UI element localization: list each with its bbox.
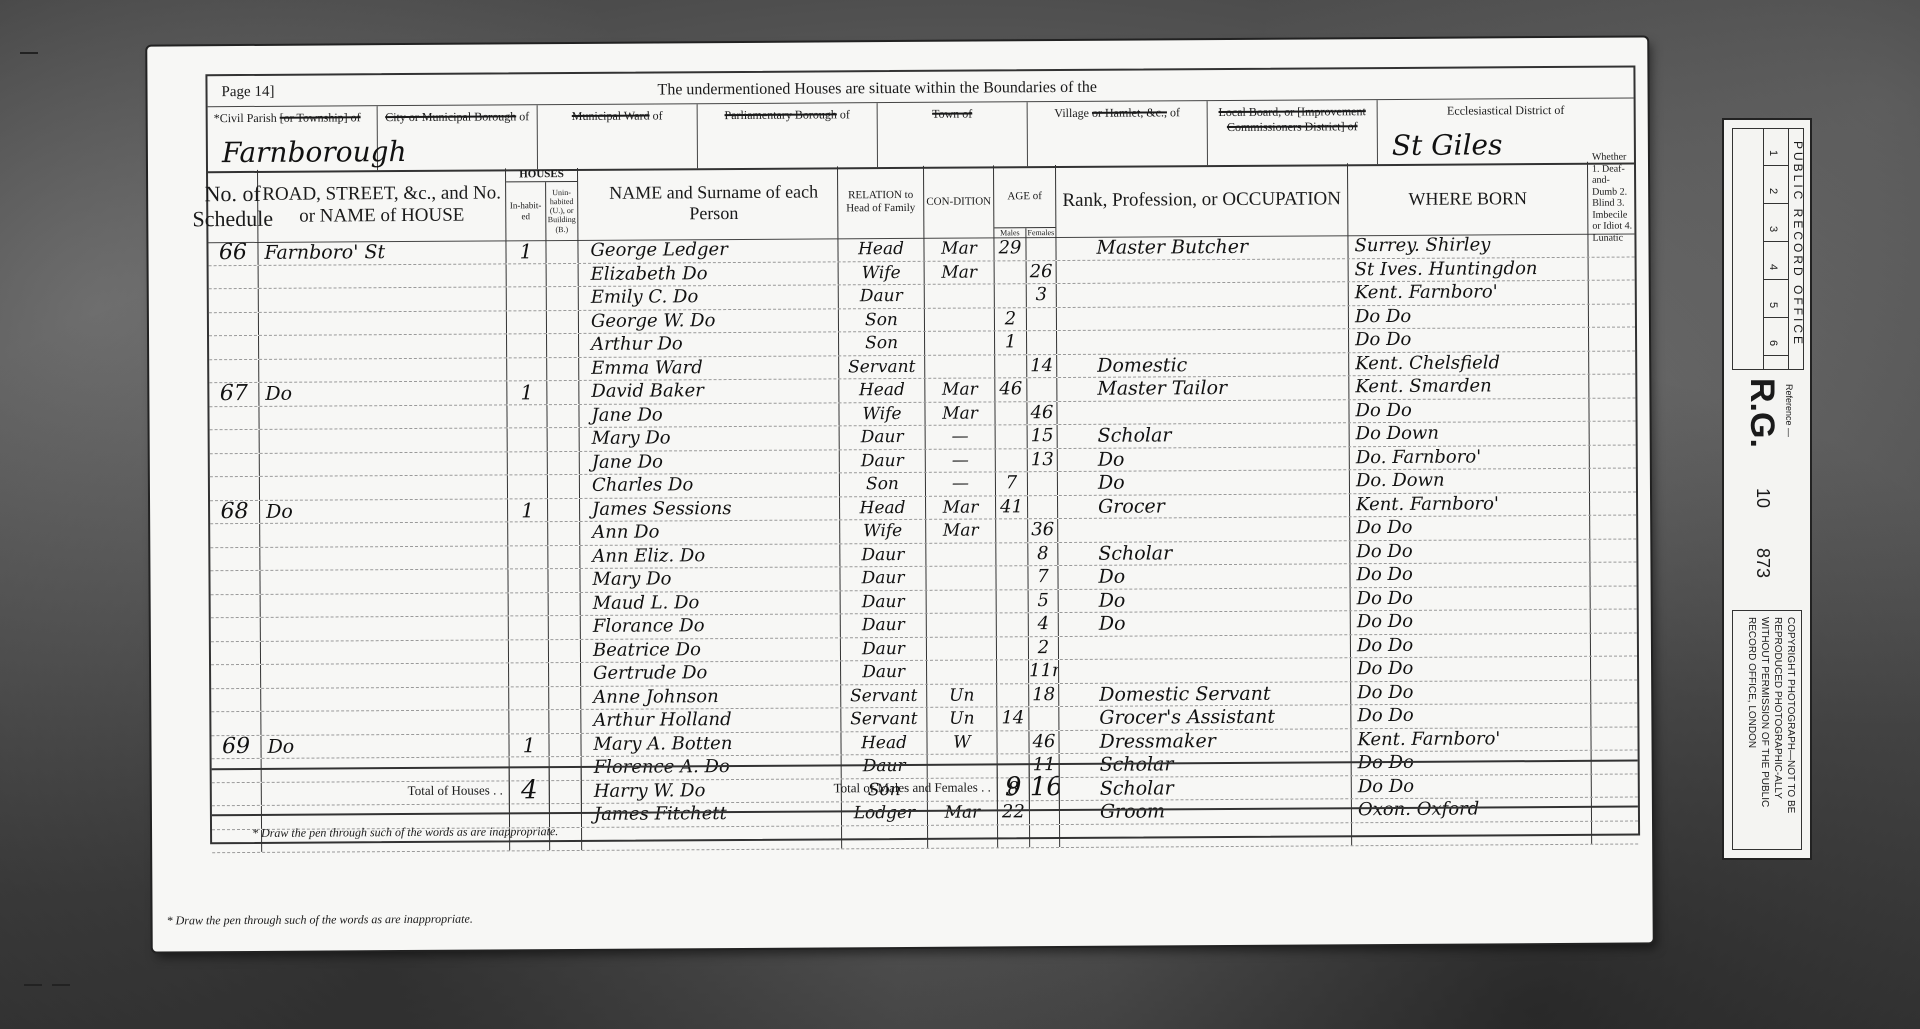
infirmity [1590,516,1636,539]
boundaries-title: The undermentioned Houses are situate wi… [657,79,1097,100]
ruler-number: 3 [1767,226,1779,232]
infirmity [1589,257,1635,280]
schedule-number [210,477,260,500]
occupation: Grocer [1058,494,1350,518]
houses-inhabited [507,358,547,381]
male-age [997,613,1029,636]
occupation: Domestic [1057,353,1349,377]
relation-to-head: Daur [840,449,926,472]
person-name: Beatrice Do [581,638,841,662]
houses-inhabited: 1 [508,499,548,522]
relation-to-head: Head [838,238,924,261]
houses-inhabited [509,593,549,616]
person-name: Jane Do [579,403,839,427]
infirmity [1590,492,1636,515]
occupation: Do [1058,564,1350,588]
relation-to-head: Daur [841,614,927,637]
male-age: 14 [997,707,1029,730]
person-name: David Baker [579,379,839,403]
infirmity [1591,610,1637,633]
person-name: Elizabeth Do [579,262,839,286]
schedule-number [211,641,261,664]
schedule-number [210,453,260,476]
schedule-number [211,594,261,617]
occupation [1059,658,1351,682]
district-field: Parliamentary Borough of [698,103,878,168]
total-persons-label: Total of Males and Females . . [582,765,998,812]
where-born: Kent. Farnboro' [1351,727,1591,751]
person-name: James Sessions [580,497,840,521]
female-age: 15 [1028,425,1058,448]
infirmity [1590,469,1636,492]
houses-uninhabited [546,240,578,263]
infirmity [1591,680,1637,703]
infirmity [1590,445,1636,468]
infirmity [1589,398,1635,421]
road-address [259,264,507,288]
district-field: Municipal Ward of [538,104,698,169]
marital-condition: Mar [925,402,995,425]
houses-uninhabited [549,663,581,686]
where-born: Surrey. Shirley [1348,234,1588,258]
occupation: Dressmaker [1059,729,1351,753]
road-address [260,522,508,546]
total-females: 16 [1030,765,1060,809]
where-born: Do Do [1350,563,1590,587]
occupation [1059,635,1351,659]
census-sheet: Page 14] The undermentioned Houses are s… [147,37,1653,951]
road-address [259,311,507,335]
male-age [995,402,1027,425]
houses-inhabited [507,405,547,428]
ruler-tick [1764,355,1788,356]
infirmity [1590,539,1636,562]
houses-inhabited [507,334,547,357]
houses-inhabited [509,710,549,733]
infirmity [1591,704,1637,727]
col-condition: CON-DITION [924,165,994,237]
marital-condition [925,355,995,378]
marital-condition [926,543,996,566]
houses-uninhabited [549,733,581,756]
occupation: Do [1059,588,1351,612]
ruler-number: 1 [1767,150,1779,156]
occupation: Do [1058,470,1350,494]
houses-uninhabited [548,475,580,498]
occupation [1057,329,1349,353]
ruler-tick [1764,203,1788,204]
district-field-label: City or Municipal Borough of [384,109,531,125]
male-age: 2 [995,308,1027,331]
schedule-number [209,289,259,312]
ruler-tick [1764,317,1788,318]
male-age [996,425,1028,448]
district-field: Village or Hamlet, &c., of [1028,101,1208,166]
female-age: 8 [1028,543,1058,566]
houses-inhabited: 1 [507,381,547,404]
marital-condition: — [926,449,996,472]
edge-mark [52,984,70,986]
person-name: Mary A. Botten [581,732,841,756]
ruler-number: 4 [1767,264,1779,270]
district-field-value: St Giles [1392,128,1503,162]
col-houses-label: HOUSES [506,168,577,182]
total-uninhabited [550,768,582,812]
male-age: 29 [994,237,1026,260]
census-form: Page 14] The undermentioned Houses are s… [205,65,1640,844]
female-age [1027,308,1057,331]
houses-inhabited [507,311,547,334]
relation-to-head: Head [839,379,925,402]
marital-condition [927,637,997,660]
relation-to-head: Son [839,332,925,355]
total-males: 9 [998,765,1030,809]
road-address [259,358,507,382]
road-address [261,616,509,640]
male-age [995,355,1027,378]
occupation: Scholar [1058,423,1350,447]
edge-mark [20,52,38,54]
relation-to-head: Wife [839,402,925,425]
infirmity [1591,727,1637,750]
schedule-number [210,524,260,547]
female-age [1028,472,1058,495]
district-field: Local Board, or [Improvement Commissione… [1208,100,1378,165]
female-age: 4 [1029,613,1059,636]
reference-label: Reference — [1784,384,1794,437]
male-age: 7 [996,472,1028,495]
person-name: Emily C. Do [579,285,839,309]
relation-to-head [842,825,928,848]
relation-to-head: Servant [839,355,925,378]
relation-to-head: Daur [840,426,926,449]
male-age [996,543,1028,566]
schedule-number [211,712,261,735]
where-born: Do Do [1351,586,1591,610]
road-address [261,710,509,734]
schedule-number: 68 [210,500,260,523]
occupation [1057,259,1349,283]
infirmity [1591,657,1637,680]
houses-inhabited: 1 [506,240,546,263]
houses-inhabited [508,522,548,545]
houses-inhabited: 1 [509,734,549,757]
person-name: Arthur Holland [581,708,841,732]
marital-condition: W [927,731,997,754]
where-born: Kent. Smarden [1349,375,1589,399]
houses-uninhabited [547,381,579,404]
marital-condition: Mar [924,237,994,260]
where-born: Do Do [1349,398,1589,422]
road-address [260,569,508,593]
road-address [260,452,508,476]
district-field-label: *Civil Parish [or Township] of [214,110,371,126]
person-name: Gertrude Do [581,661,841,685]
total-houses-label: Total of Houses . . [212,768,510,814]
person-name: George W. Do [579,309,839,333]
reference-block: R.G. Reference — 10 873 [1732,378,1802,608]
female-age: 5 [1029,590,1059,613]
road-address [261,593,509,617]
marital-condition [927,660,997,683]
female-age: 26 [1027,261,1057,284]
schedule-number [209,359,259,382]
road-address [260,428,508,452]
schedule-number: 69 [211,735,261,758]
total-blank [1060,761,1638,809]
col-road: ROAD, STREET, &c., and No. or NAME of HO… [258,168,506,242]
footnote-inner: * Draw the pen through such of the words… [252,824,558,841]
infirmity [1589,281,1635,304]
male-age [996,449,1028,472]
occupation: Domestic Servant [1059,682,1351,706]
male-age: 1 [995,331,1027,354]
houses-inhabited [508,569,548,592]
col-occupation: Rank, Profession, or OCCUPATION [1056,163,1348,237]
houses-inhabited [509,687,549,710]
where-born: Do Do [1351,610,1591,634]
relation-to-head: Daur [841,637,927,660]
marital-condition: Mar [925,261,995,284]
road-address: Do [259,381,507,405]
where-born: Do Do [1350,516,1590,540]
relation-to-head: Daur [839,285,925,308]
female-age: 18 [1029,684,1059,707]
schedule-number [211,665,261,688]
female-age: 36 [1028,519,1058,542]
houses-inhabited [507,264,547,287]
ruler-numbers: 123456 [1763,129,1789,369]
schedule-number: 66 [208,242,258,265]
road-address [259,287,507,311]
relation-to-head: Son [840,473,926,496]
edge-mark [24,984,42,986]
schedule-number: 67 [209,383,259,406]
occupation [1058,517,1350,541]
road-address [261,663,509,687]
col-schedule: No. of Schedule [208,170,258,242]
houses-inhabited [508,475,548,498]
male-age [998,825,1030,848]
occupation: Grocer's Assistant [1059,705,1351,729]
male-age [997,684,1029,707]
marital-condition: Mar [926,519,996,542]
where-born: Do. Farnboro' [1350,445,1590,469]
schedule-number [209,265,259,288]
marital-condition: — [926,472,996,495]
male-age: 41 [996,496,1028,519]
person-name: Mary Do [580,567,840,591]
houses-uninhabited [548,522,580,545]
public-record-office-strip: 123456 PUBLIC RECORD OFFICE R.G. Referen… [1722,118,1812,860]
relation-to-head: Wife [839,261,925,284]
district-field-label: Town of [884,106,1021,122]
marital-condition: — [926,425,996,448]
ruler-tick [1764,279,1788,280]
male-age [995,284,1027,307]
where-born: Do. Down [1350,469,1590,493]
houses-uninhabited [547,287,579,310]
houses-uninhabited [547,404,579,427]
infirmity [1589,375,1635,398]
where-born [1352,821,1592,845]
road-address: Farnboro' St [258,240,506,264]
relation-to-head: Servant [841,684,927,707]
person-name: Jane Do [580,450,840,474]
road-address [260,475,508,499]
female-age [1028,496,1058,519]
road-address [260,546,508,570]
infirmity [1589,304,1635,327]
houses-uninhabited [547,334,579,357]
col-males: Males [994,228,1026,237]
occupation: Do [1059,611,1351,635]
marital-condition [925,308,995,331]
female-age: 46 [1027,402,1057,425]
footnote-outer: * Draw the pen through such of the words… [167,912,473,929]
relation-to-head: Head [840,496,926,519]
houses-inhabited [508,452,548,475]
marital-condition: Mar [926,496,996,519]
schedule-number [209,406,259,429]
col-females: Females [1026,228,1055,237]
houses-uninhabited [547,263,579,286]
pro-title: PUBLIC RECORD OFFICE [1791,141,1805,347]
col-houses: HOUSES In-habit-ed Unin-habited (U.), or… [506,168,578,240]
where-born: Do Do [1349,328,1589,352]
houses-uninhabited [548,569,580,592]
page-label: Page 14] [221,84,274,101]
pro-ruler: 123456 PUBLIC RECORD OFFICE [1732,128,1804,370]
district-field-label: Village or Hamlet, &c., of [1034,105,1201,121]
person-name: Arthur Do [579,332,839,356]
male-age: 46 [995,378,1027,401]
where-born: Kent. Farnboro' [1349,281,1589,305]
female-age [1027,331,1057,354]
road-address [259,405,507,429]
female-age: 3 [1027,284,1057,307]
totals-row: Total of Houses . . 4 Total of Males and… [212,759,1638,816]
houses-inhabited [507,287,547,310]
where-born: Do Down [1350,422,1590,446]
person-name: Emma Ward [579,356,839,380]
marital-condition: Un [927,707,997,730]
person-name: Anne Johnson [581,685,841,709]
houses-uninhabited [549,616,581,639]
ruler-number: 5 [1767,302,1779,308]
houses-uninhabited [547,310,579,333]
houses-uninhabited [549,639,581,662]
person-name: Mary Do [580,426,840,450]
male-age [997,731,1029,754]
male-age [995,261,1027,284]
marital-condition [925,331,995,354]
houses-uninhabited [548,451,580,474]
marital-condition: Mar [925,378,995,401]
person-name: George Ledger [578,238,838,262]
relation-to-head: Wife [840,520,926,543]
houses-inhabited [508,546,548,569]
series-code: R.G. [1742,378,1781,448]
col-uninhabited: Unin-habited (U.), or Building (B.) [546,182,577,241]
schedule-number [209,336,259,359]
ruler-tick [1764,165,1788,166]
infirmity [1591,586,1637,609]
houses-uninhabited [548,498,580,521]
houses-inhabited [508,428,548,451]
female-age [1030,825,1060,848]
houses-uninhabited [549,592,581,615]
occupation [1057,282,1349,306]
copyright-notice: COPYRIGHT PHOTOGRAPH—NOT TO BE REPRODUCE… [1732,610,1802,850]
relation-to-head: Daur [840,567,926,590]
male-age [997,637,1029,660]
road-address [261,687,509,711]
female-age: 11m [1029,660,1059,683]
male-age [997,660,1029,683]
infirmity [1590,563,1636,586]
male-age [996,566,1028,589]
infirmity [1588,234,1634,257]
district-field-label: Local Board, or [Improvement Commissione… [1214,104,1371,135]
occupation: Scholar [1058,541,1350,565]
schedule-number [209,312,259,335]
marital-condition [928,825,998,848]
where-born: Kent. Chelsfield [1349,351,1589,375]
occupation [1057,400,1349,424]
district-field: *Civil Parish [or Township] ofFarnboroug… [208,106,378,171]
relation-to-head: Son [839,308,925,331]
houses-uninhabited [548,545,580,568]
infirmity [1591,633,1637,656]
houses-uninhabited [547,357,579,380]
person-name: Charles Do [580,473,840,497]
road-address [259,334,507,358]
infirmity [1589,328,1635,351]
marital-condition [927,590,997,613]
houses-uninhabited [549,686,581,709]
ruler-tick [1764,241,1788,242]
col-name: NAME and Surname of each Person [578,166,838,240]
ruler-number: 6 [1767,340,1779,346]
where-born: Do Do [1349,304,1589,328]
relation-to-head: Daur [841,661,927,684]
ruler-number: 2 [1767,188,1779,194]
person-name: Ann Do [580,520,840,544]
houses-inhabited [509,616,549,639]
female-age: 46 [1029,731,1059,754]
district-field-label: Municipal Ward of [544,108,691,124]
person-name: Florance Do [581,614,841,638]
female-age: 13 [1028,449,1058,472]
district-field: City or Municipal Borough of [378,105,538,170]
col-age: AGE of Males Females [994,165,1056,237]
person-name: Maud L. Do [581,591,841,615]
female-age: 7 [1028,566,1058,589]
road-address: Do [261,734,509,758]
relation-to-head: Daur [841,590,927,613]
relation-to-head: Head [841,731,927,754]
houses-uninhabited [549,710,581,733]
district-field: Town of [878,102,1028,167]
houses-inhabited [509,640,549,663]
schedule-number [211,688,261,711]
where-born: Do Do [1351,633,1591,657]
female-age [1026,237,1056,260]
schedule-number [210,430,260,453]
female-age [1027,378,1057,401]
district-field-label: Ecclesiastical District of [1384,103,1628,119]
